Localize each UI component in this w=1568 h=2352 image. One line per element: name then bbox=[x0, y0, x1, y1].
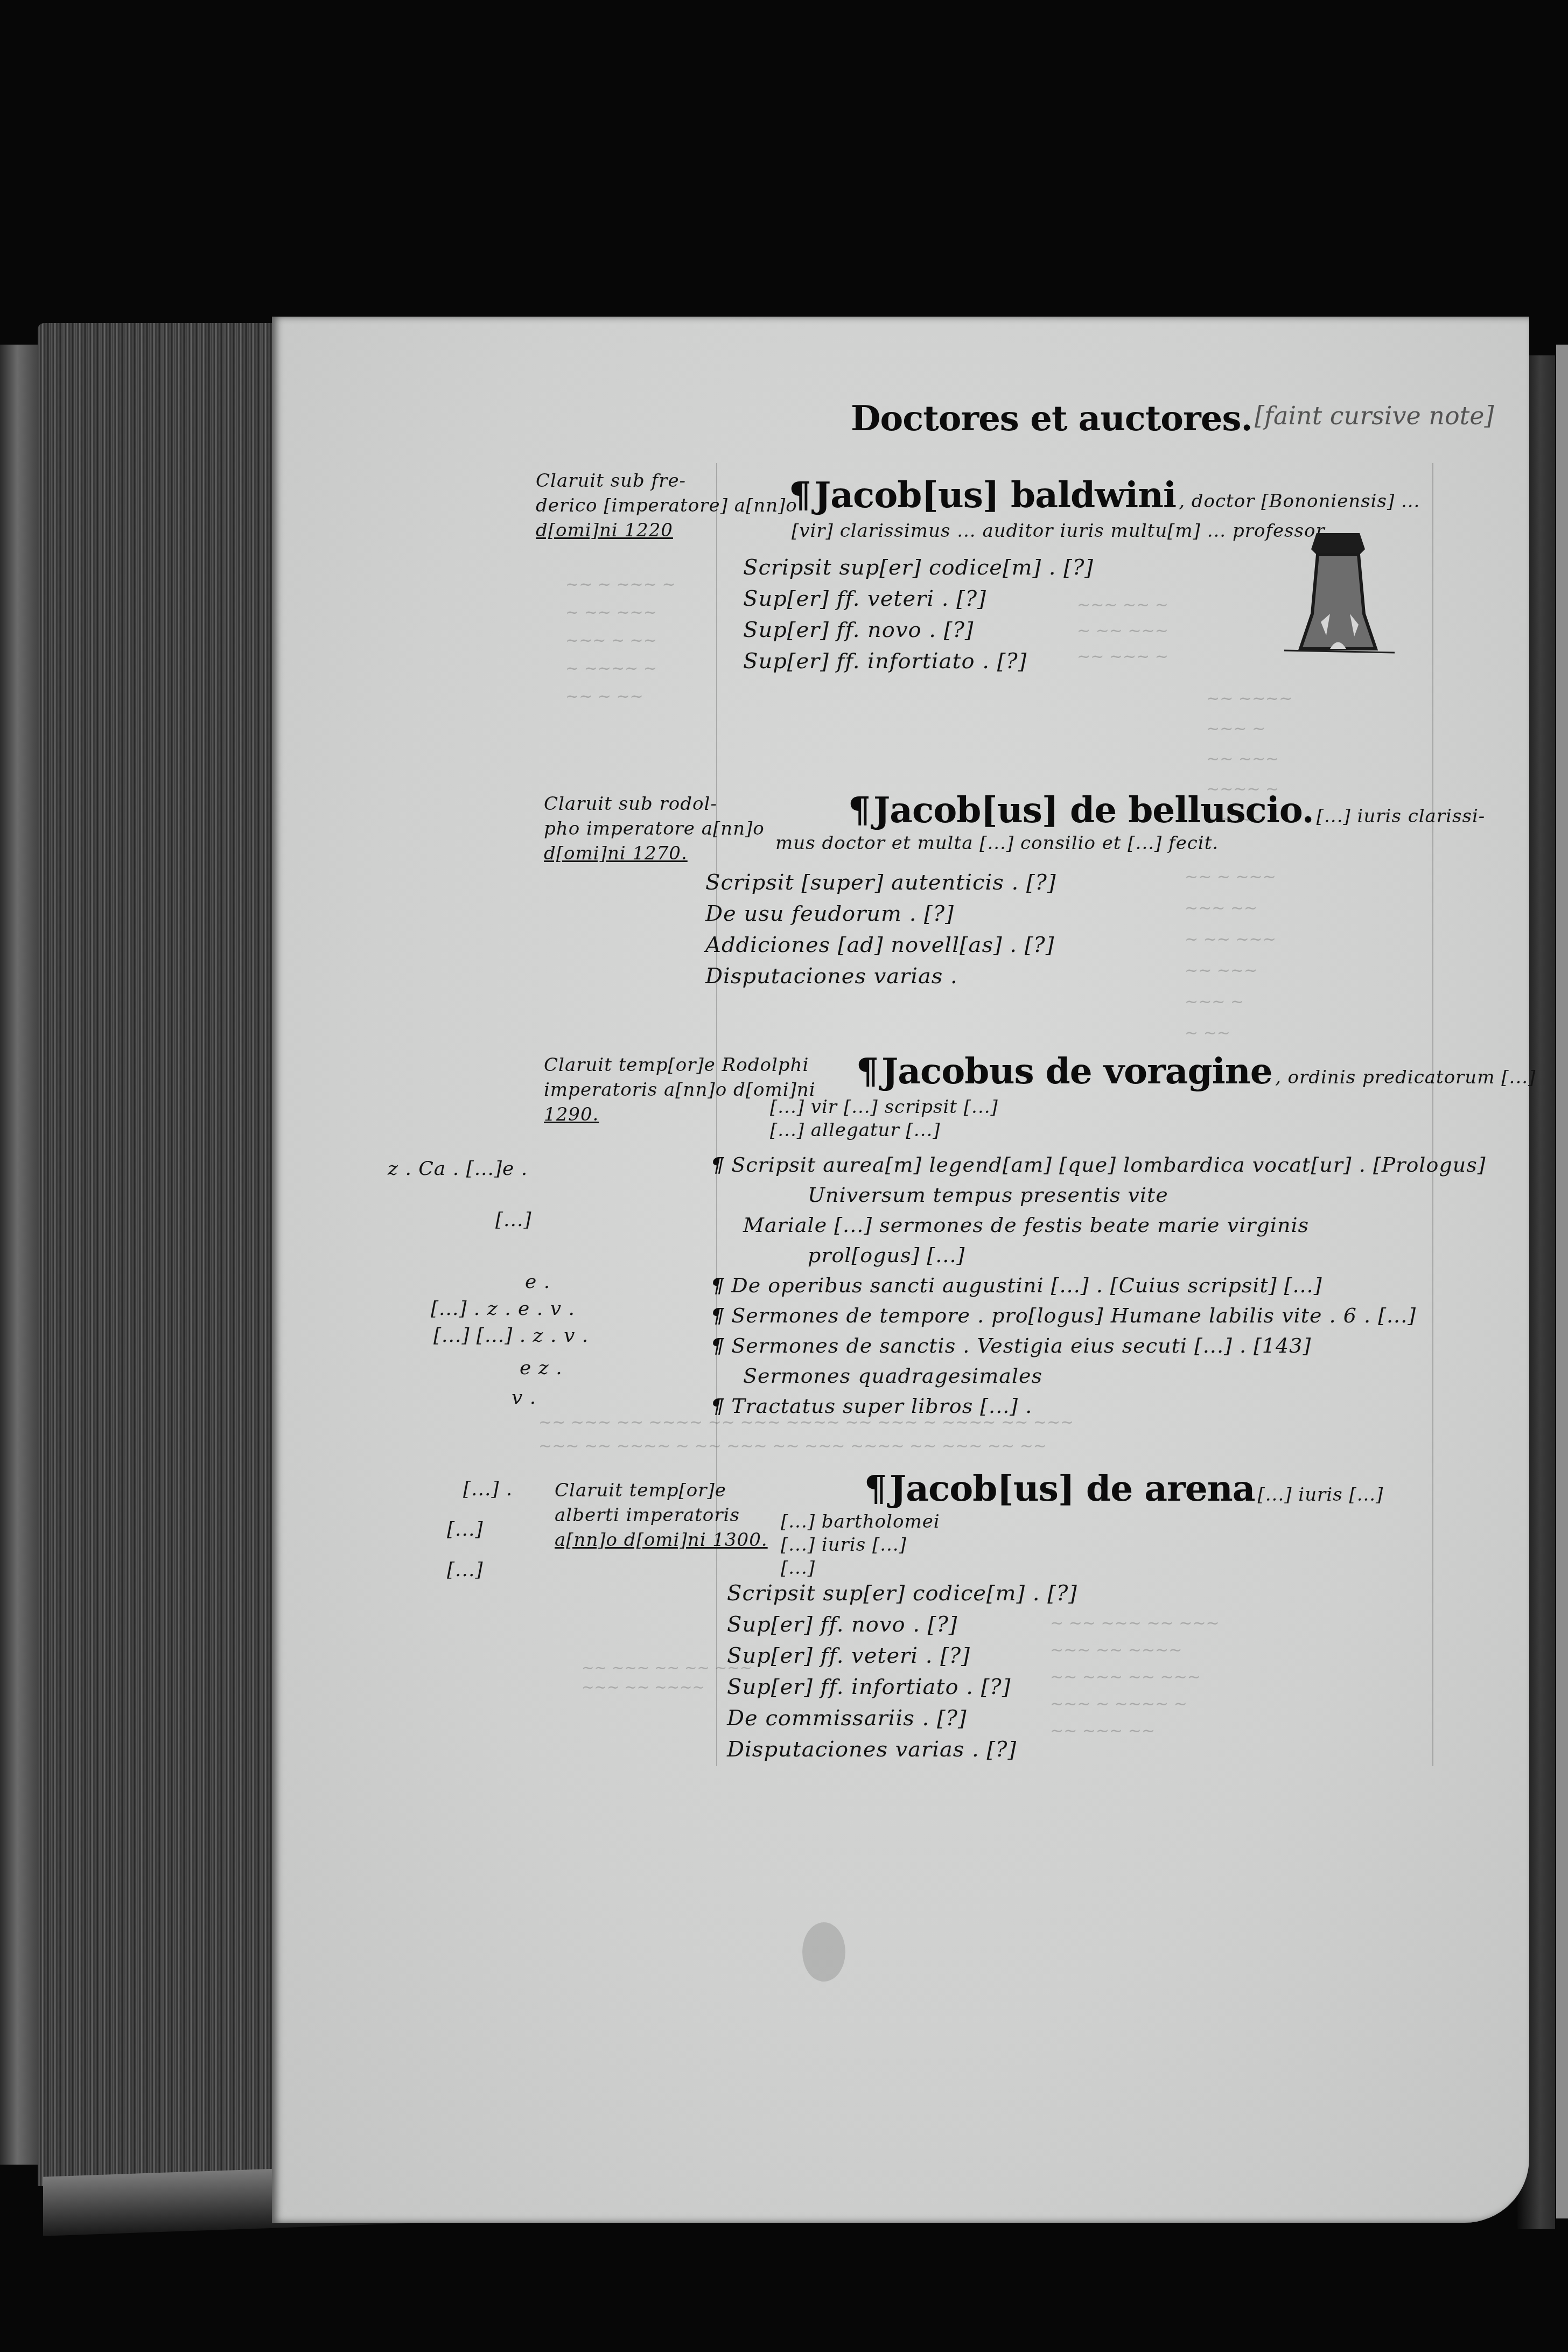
entry-3-sigla-7: v . bbox=[512, 1387, 536, 1409]
work-item: Sup[er] ff. infortiato . [?] bbox=[743, 646, 1094, 677]
margin-note-line: d[omi]ni 1220 bbox=[536, 518, 797, 543]
entry-4-margin-note: Claruit temp[or]e alberti imperatoris a[… bbox=[555, 1478, 768, 1552]
entry-2-gloss-1: [...] iuris clarissi- bbox=[1317, 806, 1486, 827]
work-item: Disputaciones varias . [?] bbox=[727, 1734, 1077, 1765]
work-item: Sermones quadragesimales bbox=[711, 1361, 1486, 1391]
work-item: Universum tempus presentis vite bbox=[711, 1180, 1486, 1210]
bleed-through-text: ~~ ~ ~~~~~~ ~~~ ~~ ~~~~~ ~~~~~~ ~~ ~~ bbox=[1185, 862, 1276, 1049]
paragraph-mark-icon: ¶ bbox=[848, 789, 871, 831]
entry-4-name: Jacob[us] de arena bbox=[890, 1467, 1255, 1509]
entry-1-gloss-2: [vir] clarissimus ... auditor iuris mult… bbox=[792, 520, 1329, 542]
entry-4-sigla-3: [...] bbox=[447, 1559, 483, 1581]
entry-3-name: Jacobus de voragine bbox=[881, 1050, 1272, 1092]
work-item: Scripsit sup[er] codice[m] . [?] bbox=[743, 552, 1094, 583]
entry-4-gloss-2: [...] bartholomei bbox=[781, 1510, 940, 1533]
entry-3-gloss-3: [...] allegatur [...] bbox=[770, 1119, 941, 1142]
work-item: ¶ Sermones de tempore . pro[logus] Human… bbox=[711, 1300, 1486, 1331]
work-item: Scripsit [super] autenticis . [?] bbox=[705, 867, 1056, 898]
work-item: Disputaciones varias . bbox=[705, 961, 1056, 992]
work-item: Sup[er] ff. novo . [?] bbox=[743, 614, 1094, 646]
entry-4-gloss-4: [...] bbox=[781, 1557, 815, 1579]
margin-note-line: Claruit temp[or]e Rodolphi bbox=[544, 1053, 816, 1077]
bleed-through-text: ~ ~~ ~~~ ~~ ~~~~~~ ~~ ~~~~~~ ~~~ ~~ ~~~~… bbox=[1050, 1610, 1220, 1745]
entry-3-sigla-6: e z . bbox=[520, 1357, 563, 1379]
facing-page-edge bbox=[1556, 345, 1568, 2218]
entry-3-sigla-4: [...] . z . e . v . bbox=[431, 1298, 575, 1320]
entry-3-heading: ¶ Jacobus de voragine , ordinis predicat… bbox=[856, 1050, 1536, 1092]
entry-1-gloss-1: , doctor [Bononiensis] ... bbox=[1179, 491, 1420, 512]
margin-note-line: Claruit temp[or]e bbox=[555, 1478, 768, 1503]
margin-note-line: pho imperatore a[nn]o bbox=[544, 816, 765, 841]
entry-3-sigla-3: e . bbox=[525, 1271, 550, 1293]
work-item: De commissariis . [?] bbox=[727, 1703, 1077, 1734]
work-item: Addiciones [ad] novell[as] . [?] bbox=[705, 929, 1056, 961]
tower-drawing-icon bbox=[1279, 533, 1397, 657]
entry-4-gloss-3: [...] iuris [...] bbox=[781, 1534, 907, 1556]
margin-note-line: a[nn]o d[omi]ni 1300. bbox=[555, 1528, 768, 1552]
paragraph-mark-icon: ¶ bbox=[856, 1050, 879, 1092]
book-cover-edge bbox=[0, 345, 43, 2165]
work-item: Sup[er] ff. infortiato . [?] bbox=[727, 1671, 1077, 1703]
entry-4-heading: ¶ Jacob[us] de arena [...] iuris [...] bbox=[864, 1467, 1383, 1509]
work-item: Scripsit sup[er] codice[m] . [?] bbox=[727, 1578, 1077, 1609]
paragraph-mark-icon: ¶ bbox=[711, 1333, 724, 1357]
paragraph-mark-icon: ¶ bbox=[711, 1303, 724, 1327]
book-page-stack bbox=[38, 323, 275, 2186]
bleed-through-text: ~~ ~ ~~~ ~~ ~~ ~~~~~~ ~ ~~~ ~~~~ ~~~ ~ ~… bbox=[565, 571, 676, 711]
bleed-through-text: ~~ ~~~ ~~ ~~~~ ~~ ~~~ ~~~~ ~~ ~~~ ~ ~~~~… bbox=[538, 1411, 1074, 1458]
work-item: De usu feudorum . [?] bbox=[705, 898, 1056, 929]
entry-3-sigla-2: [...] bbox=[495, 1209, 531, 1231]
paragraph-mark-icon: ¶ bbox=[711, 1273, 724, 1297]
paragraph-mark-icon: ¶ bbox=[789, 474, 811, 516]
entry-3-works: ¶ Scripsit aurea[m] legend[am] [que] lom… bbox=[711, 1150, 1486, 1421]
work-item: ¶ Sermones de sanctis . Vestigia eius se… bbox=[711, 1331, 1486, 1361]
entry-4-gloss-1: [...] iuris [...] bbox=[1258, 1484, 1384, 1506]
margin-note-line: derico [imperatore] a[nn]o bbox=[536, 493, 797, 518]
entry-4-sigla-2: [...] bbox=[447, 1518, 483, 1541]
work-item: Sup[er] ff. veteri . [?] bbox=[743, 583, 1094, 614]
entry-2-works: Scripsit [super] autenticis . [?] De usu… bbox=[705, 867, 1056, 992]
entry-2-heading: ¶ Jacob[us] de belluscio. [...] iuris cl… bbox=[848, 789, 1485, 831]
header-marginal-mark: [faint cursive note] bbox=[1255, 401, 1494, 430]
work-item: prol[ogus] [...] bbox=[711, 1240, 1486, 1270]
entry-3-gloss-2: [...] vir [...] scripsit [...] bbox=[770, 1096, 998, 1118]
work-item: ¶ De operibus sancti augustini [...] . [… bbox=[711, 1270, 1486, 1300]
page-heading: Doctores et auctores. bbox=[851, 398, 1252, 439]
entry-2-name: Jacob[us] de belluscio. bbox=[873, 789, 1314, 831]
entry-1-works: Scripsit sup[er] codice[m] . [?] Sup[er]… bbox=[743, 552, 1094, 677]
entry-1-margin-note: Claruit sub fre- derico [imperatore] a[n… bbox=[536, 468, 797, 543]
ruling-line-right bbox=[1432, 463, 1433, 1766]
ink-stain bbox=[802, 1922, 845, 1982]
entry-2-margin-note: Claruit sub rodol- pho imperatore a[nn]o… bbox=[544, 792, 765, 866]
work-item: Sup[er] ff. veteri . [?] bbox=[727, 1640, 1077, 1671]
paragraph-mark-icon: ¶ bbox=[711, 1152, 724, 1177]
margin-note-line: Claruit sub rodol- bbox=[544, 792, 765, 816]
entry-1-name: Jacob[us] baldwini bbox=[814, 474, 1176, 516]
margin-note-line: alberti imperatoris bbox=[555, 1503, 768, 1528]
entry-2-gloss-2: mus doctor et multa [...] consilio et [.… bbox=[775, 832, 1219, 855]
margin-note-line: d[omi]ni 1270. bbox=[544, 841, 765, 866]
entry-4-sigla-1: [...] . bbox=[463, 1478, 513, 1500]
margin-note-line: Claruit sub fre- bbox=[536, 468, 797, 493]
work-item: ¶ Scripsit aurea[m] legend[am] [que] lom… bbox=[711, 1150, 1486, 1180]
entry-4-works: Scripsit sup[er] codice[m] . [?] Sup[er]… bbox=[727, 1578, 1077, 1765]
work-item: Mariale [...] sermones de festis beate m… bbox=[711, 1210, 1486, 1240]
entry-3-sigla-5: [...] [...] . z . v . bbox=[433, 1325, 589, 1347]
entry-3-gloss-1: , ordinis predicatorum [...] bbox=[1275, 1067, 1536, 1088]
entry-3-sigla-1: z . Ca . [...]e . bbox=[388, 1158, 528, 1180]
entry-1-heading: ¶ Jacob[us] baldwini , doctor [Bononiens… bbox=[789, 474, 1420, 516]
paragraph-mark-icon: ¶ bbox=[864, 1467, 887, 1509]
bleed-through-text: ~~ ~~~ ~~ ~~ ~~~~~~ ~~ ~~~~ bbox=[582, 1658, 752, 1697]
work-item: Sup[er] ff. novo . [?] bbox=[727, 1609, 1077, 1640]
bleed-through-text: ~~~ ~~ ~~ ~~ ~~~~~ ~~~ ~ bbox=[1077, 592, 1168, 670]
